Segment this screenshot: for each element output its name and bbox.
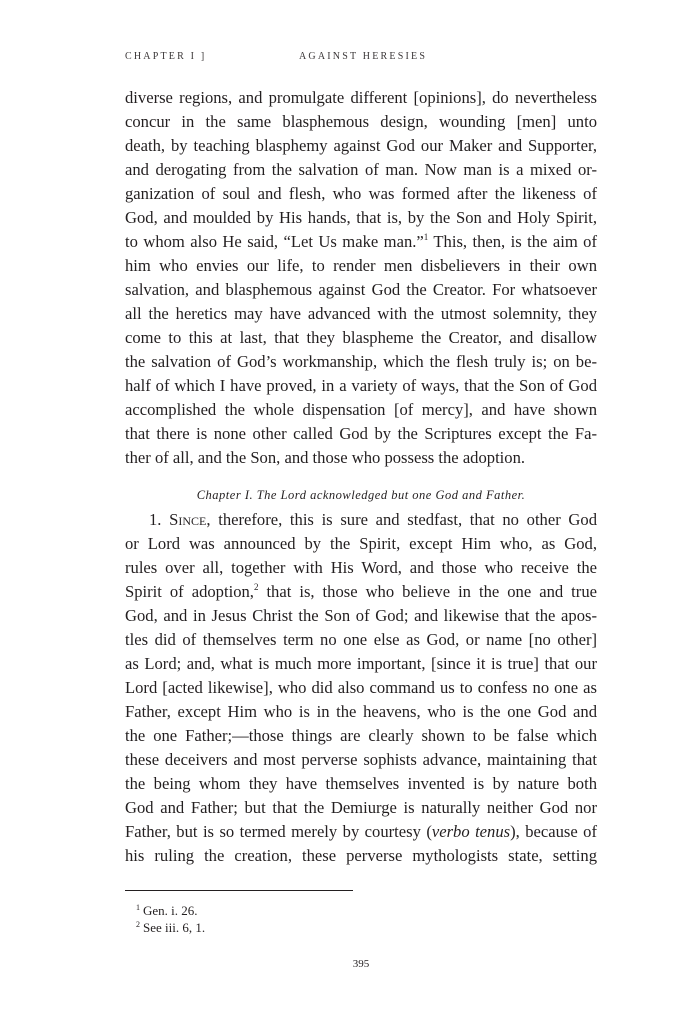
footnote-marker: 1	[136, 903, 140, 912]
text-line: ther of all, and the Son, and those who …	[125, 446, 597, 470]
text-fragment: , therefore, this is sure and stedfast, …	[206, 510, 597, 529]
footnotes: 1Gen. i. 26. 2See iii. 6, 1.	[136, 902, 205, 936]
text-line: these deceivers and most perverse sophis…	[125, 748, 597, 772]
text-line: diverse regions, and promulgate differen…	[125, 86, 597, 110]
text-line: ganization of soul and flesh, who was fo…	[125, 182, 597, 206]
text-fragment: Father, but is so termed merely by court…	[125, 822, 432, 841]
text-line: tles did of themselves term no one else …	[125, 628, 597, 652]
text-line: all the heretics may have advanced with …	[125, 302, 597, 326]
text-line: the being whom they have themselves inve…	[125, 772, 597, 796]
smallcaps-word: Since	[169, 510, 206, 529]
text-line: Lord [acted likewise], who did also comm…	[125, 676, 597, 700]
text-fragment: Spirit of adoption,	[125, 582, 254, 601]
footnote-text: Gen. i. 26.	[143, 903, 198, 918]
text-line: God and Father; but that the Demiurge is…	[125, 796, 597, 820]
running-head-title: AGAINST HERESIES	[299, 51, 427, 62]
text-line: to whom also He said, “Let Us make man.”…	[125, 230, 597, 254]
running-head: CHAPTER I ] AGAINST HERESIES	[125, 51, 597, 65]
footnote-2: 2See iii. 6, 1.	[136, 919, 205, 936]
chapter-heading: Chapter I. The Lord acknowledged but one…	[125, 486, 597, 504]
text-line: come to this at last, that they blasphem…	[125, 326, 597, 350]
page-number: 395	[125, 958, 597, 970]
paragraph-1: diverse regions, and promulgate differen…	[125, 86, 597, 470]
text-line: rules over all, together with His Word, …	[125, 556, 597, 580]
text-line: Spirit of adoption,2 that is, those who …	[125, 580, 597, 604]
text-fragment: that is, those who believe in the one an…	[258, 582, 597, 601]
footnote-marker: 2	[136, 920, 140, 929]
paragraph-2: 1. Since, therefore, this is sure and st…	[125, 508, 597, 868]
text-line: 1. Since, therefore, this is sure and st…	[125, 508, 597, 532]
text-line: as Lord; and, what is much more importan…	[125, 652, 597, 676]
text-line: Father, but is so termed merely by court…	[125, 820, 597, 844]
text-line: God, and moulded by His hands, that is, …	[125, 206, 597, 230]
text-line: and derogating from the salvation of man…	[125, 158, 597, 182]
footnote-text: See iii. 6, 1.	[143, 920, 205, 935]
text-line: half of which I have proved, in a variet…	[125, 374, 597, 398]
footnote-1: 1Gen. i. 26.	[136, 902, 205, 919]
running-head-chapter: CHAPTER I ]	[125, 51, 206, 62]
text-fragment: This, then, is the aim of	[428, 232, 597, 251]
section-number: 1.	[149, 510, 169, 529]
text-line: or Lord was announced by the Spirit, exc…	[125, 532, 597, 556]
text-fragment: to whom also He said, “Let Us make man.”	[125, 232, 424, 251]
latin-phrase: verbo tenus	[432, 822, 510, 841]
text-line: God, and in Jesus Christ the Son of God;…	[125, 604, 597, 628]
text-line: concur in the same blasphemous design, w…	[125, 110, 597, 134]
text-line: the one Father;—those things are clearly…	[125, 724, 597, 748]
footnote-divider	[125, 890, 353, 891]
text-line: his ruling the creation, these perverse …	[125, 844, 597, 868]
text-line: the salvation of God’s workmanship, whic…	[125, 350, 597, 374]
text-line: salvation, and blasphemous against God t…	[125, 278, 597, 302]
text-line: death, by teaching blasphemy against God…	[125, 134, 597, 158]
text-line: that there is none other called God by t…	[125, 422, 597, 446]
text-line: Father, except Him who is in the heavens…	[125, 700, 597, 724]
text-fragment: ), because of	[510, 822, 597, 841]
text-line: accomplished the whole dispensation [of …	[125, 398, 597, 422]
text-line: him who envies our life, to render men d…	[125, 254, 597, 278]
